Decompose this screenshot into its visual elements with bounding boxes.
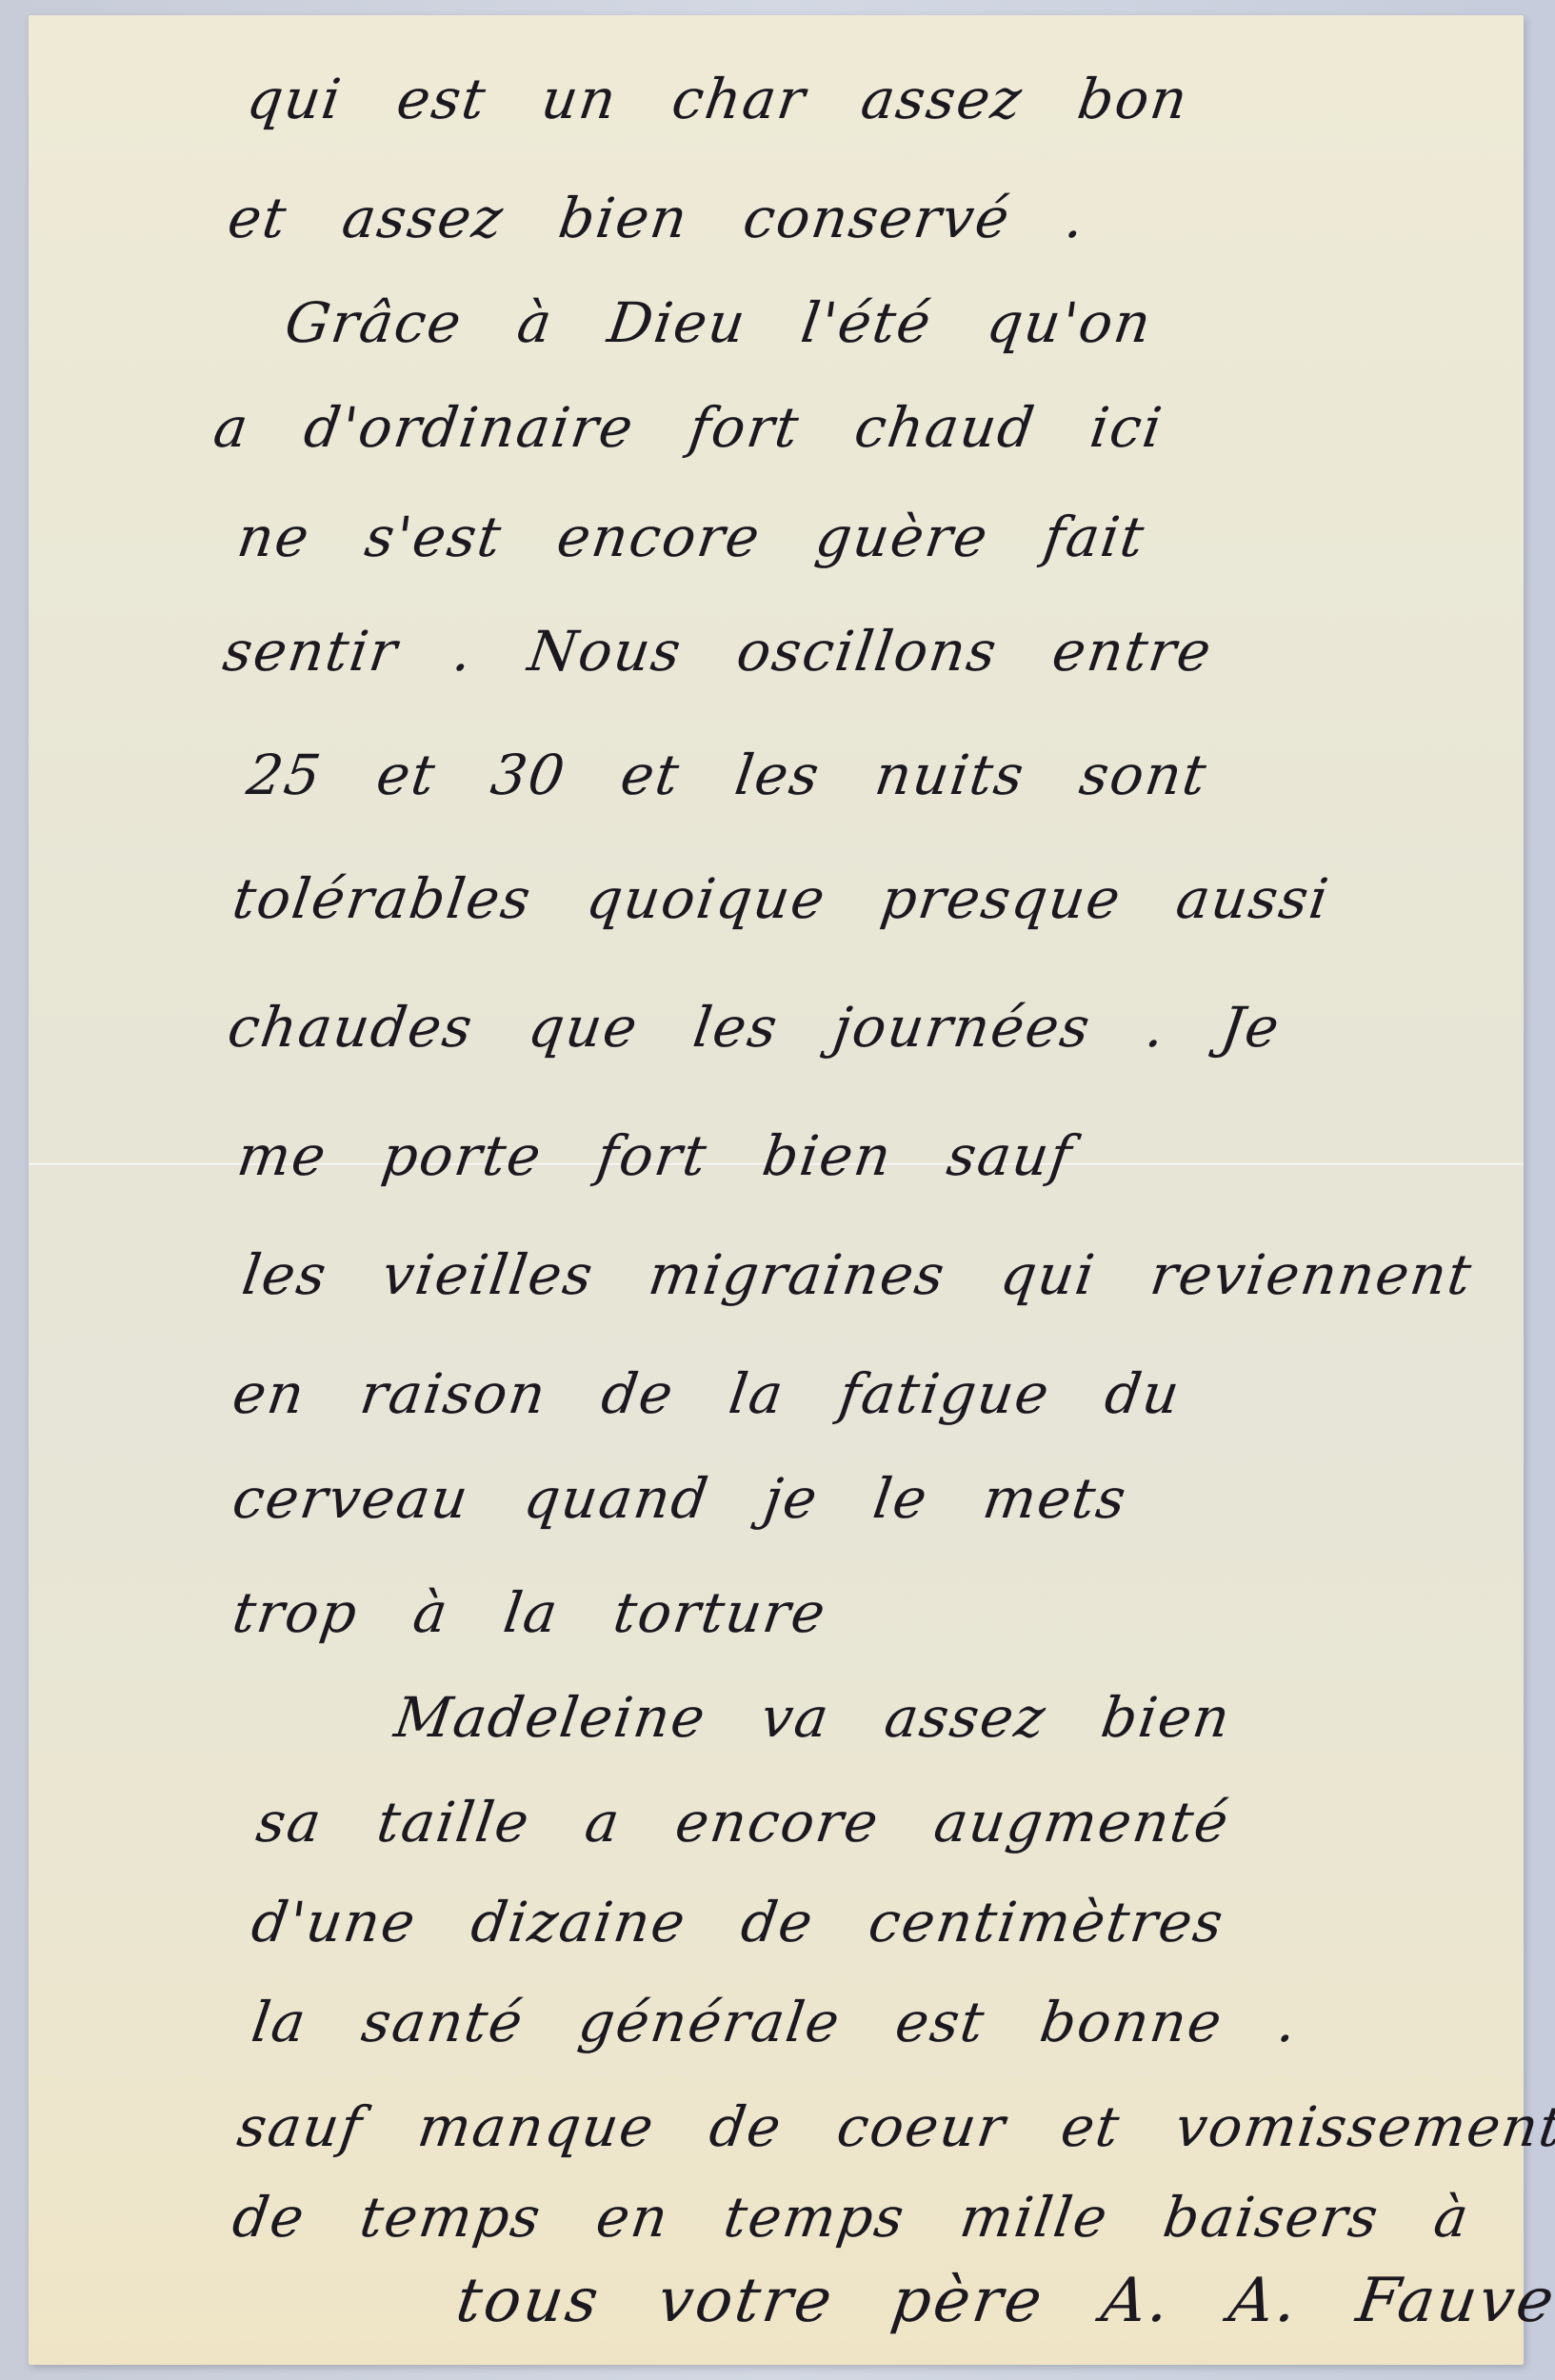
letter-line-11: les vieilles migraines qui reviennent: [238, 1242, 1477, 1307]
handwritten-text-block: qui est un char assez bon et assez bien …: [29, 15, 1524, 2365]
letter-line-18: la santé générale est bonne .: [248, 1990, 1302, 2054]
letter-line-16: sa taille a encore augmenté: [252, 1790, 1234, 1854]
letter-line-2: et assez bien conservé .: [224, 186, 1089, 250]
letter-line-9: chaudes que les journées . Je: [224, 995, 1285, 1060]
letter-line-17: d'une dizaine de centimètres: [248, 1890, 1228, 1954]
letter-line-4: a d'ordinaire fort chaud ici: [209, 395, 1167, 460]
letter-line-8: tolérables quoique presque aussi: [229, 866, 1334, 931]
letter-line-3: Grâce à Dieu l'été qu'on: [281, 290, 1156, 355]
signature-line: tous votre père A. A. Fauvel: [452, 2266, 1555, 2336]
letter-line-5: ne s'est encore guère fait: [233, 505, 1149, 569]
letter-line-13: cerveau quand je le mets: [229, 1466, 1131, 1531]
letter-line-15: Madeleine va assez bien: [390, 1685, 1235, 1750]
letter-line-14: trop à la torture: [229, 1580, 830, 1645]
letter-line-10: me porte fort bien sauf: [233, 1123, 1077, 1188]
letter-line-12: en raison de la fatigue du: [229, 1361, 1185, 1426]
letter-sheet: qui est un char assez bon et assez bien …: [29, 15, 1524, 2365]
letter-line-7: 25 et 30 et les nuits sont: [243, 743, 1211, 807]
letter-line-6: sentir . Nous oscillons entre: [219, 619, 1216, 684]
letter-line-19: sauf manque de coeur et vomissements: [233, 2094, 1555, 2159]
letter-line-1: qui est un char assez bon: [243, 67, 1192, 131]
letter-line-20: de temps en temps mille baisers à: [229, 2185, 1474, 2250]
